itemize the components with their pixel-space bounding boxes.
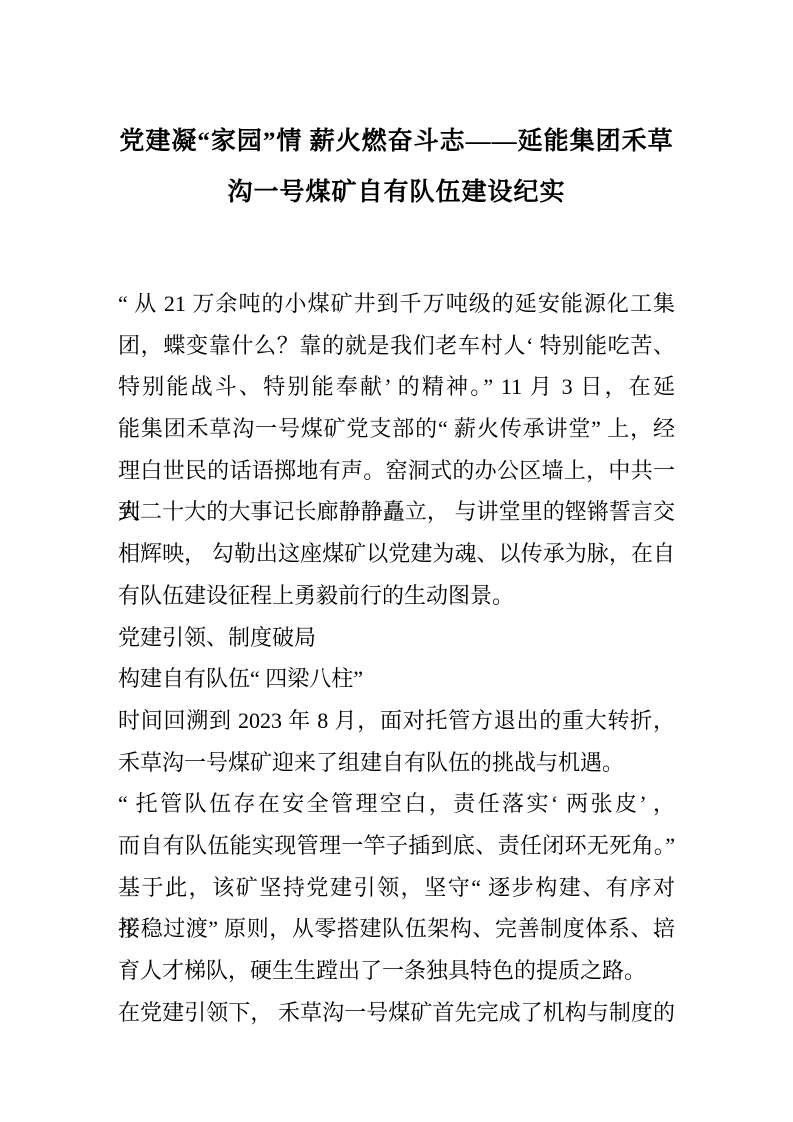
body-line: 理白世民的话语掷地有声。窑洞式的办公区墙上，中共一大 [118,450,675,492]
body-line: 育人才梯队，硬生生蹚出了一条独具特色的提质之路。 [118,950,675,992]
body-line: “ 从 21 万余吨的小煤矿井到千万吨级的延安能源化工集 [118,283,675,325]
body-line: 能集团禾草沟一号煤矿党支部的“ 薪火传承讲堂” 上，经 [118,408,675,450]
body-line: 平稳过渡” 原则，从零搭建队伍架构、完善制度体系、培 [118,908,675,950]
body-line: 相辉映， 勾勒出这座煤矿以党建为魂、以传承为脉，在自 [118,533,675,575]
body-line: 时间回溯到 2023 年 8 月，面对托管方退出的重大转折， [118,700,675,742]
body-line: 基于此，该矿坚持党建引领，坚守“ 逐步构建、有序对接、 [118,867,675,909]
document-title: 党建凝“家园”情 薪火燃奋斗志——延能集团禾草沟一号煤矿自有队伍建设纪实 [59,116,734,218]
title-line: 党建凝“家园”情 薪火燃奋斗志——延能集团禾草 [59,116,734,167]
body-line: 团，蝶变靠什么？靠的就是我们老车村人‘ 特别能吃苦、 [118,325,675,367]
body-line: 特别能战斗、特别能奉献’ 的精神。” 11 月 3 日，在延 [118,366,675,408]
body-line: 构建自有队伍“ 四梁八柱” [118,658,675,700]
body-line: 党建引领、制度破局 [118,617,675,659]
document-page: 党建凝“家园”情 薪火燃奋斗志——延能集团禾草沟一号煤矿自有队伍建设纪实 “ 从… [0,0,793,1122]
body-line: “ 托管队伍存在安全管理空白，责任落实‘ 两张皮’ ， [118,783,675,825]
body-line: 禾草沟一号煤矿迎来了组建自有队伍的挑战与机遇。 [118,742,675,784]
title-line: 沟一号煤矿自有队伍建设纪实 [59,167,734,218]
body-line: 而自有队伍能实现管理一竿子插到底、责任闭环无死角。” [118,825,675,867]
body-line: 有队伍建设征程上勇毅前行的生动图景。 [118,575,675,617]
body-line: 在党建引领下， 禾草沟一号煤矿首先完成了机构与制度的 [118,992,675,1034]
body-line: 到二十大的大事记长廊静静矗立， 与讲堂里的铿锵誓言交 [118,491,675,533]
document-body: “ 从 21 万余吨的小煤矿井到千万吨级的延安能源化工集团，蝶变靠什么？靠的就是… [118,283,675,1033]
